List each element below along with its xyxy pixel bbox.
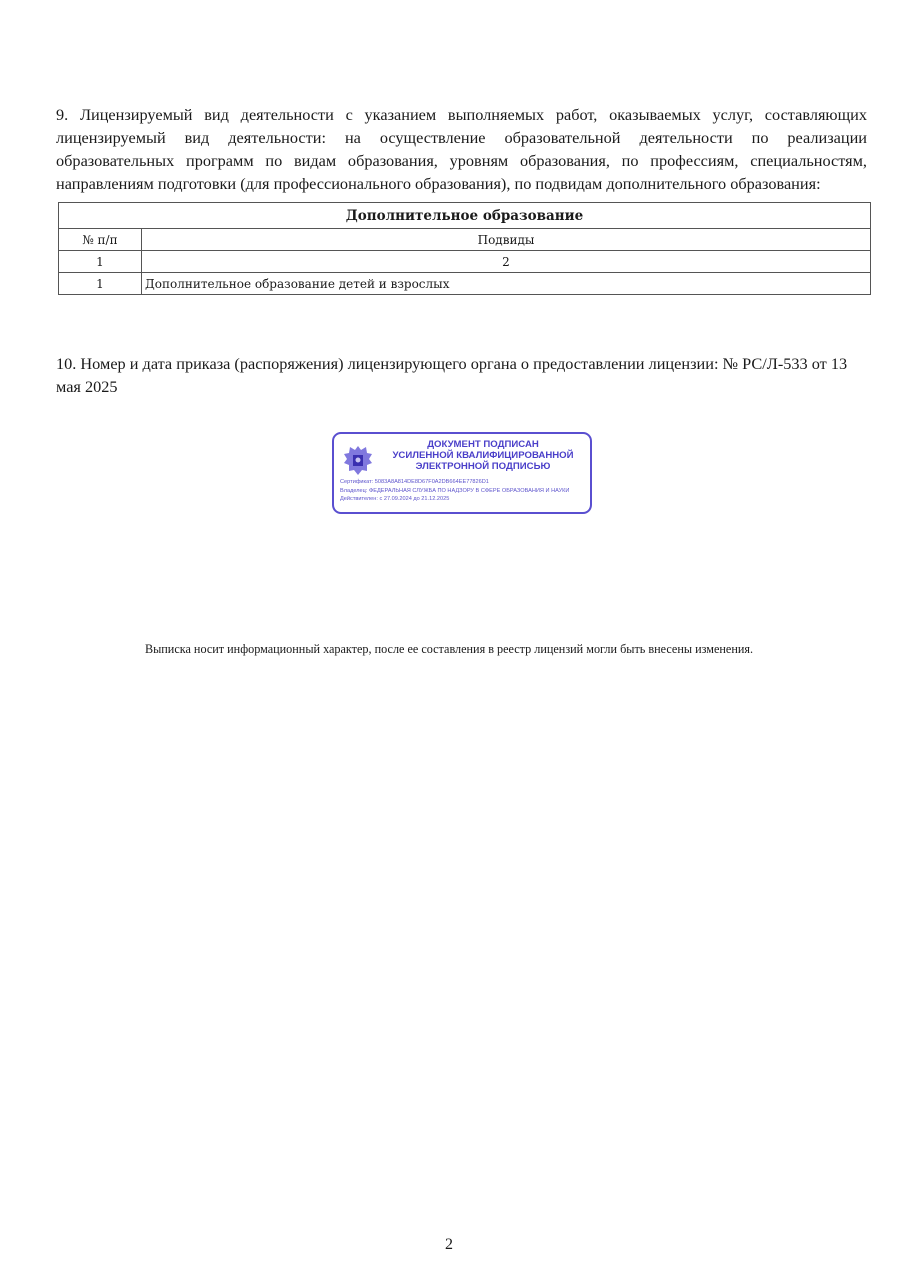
header-number: № п/п (59, 229, 142, 251)
stamp-validity: Действителен: с 27.09.2024 до 21.12.2025 (340, 495, 569, 504)
section-10-text: 10. Номер и дата приказа (распоряжения) … (56, 352, 867, 398)
electronic-signature-stamp: ДОКУМЕНТ ПОДПИСАН УСИЛЕННОЙ КВАЛИФИЦИРОВ… (332, 432, 592, 514)
row-number: 1 (59, 273, 142, 295)
section-9-text: 9. Лицензируемый вид деятельности с указ… (56, 103, 867, 195)
stamp-certificate: Сертификат: 5083A8A814DE8D67F0A2DB664EE7… (340, 478, 569, 487)
stamp-line-2: УСИЛЕННОЙ КВАЛИФИЦИРОВАННОЙ (378, 450, 588, 461)
footer-note: Выписка носит информационный характер, п… (0, 642, 898, 657)
stamp-line-1: ДОКУМЕНТ ПОДПИСАН (378, 439, 588, 450)
header-subtypes: Подвиды (142, 229, 871, 251)
stamp-heading: ДОКУМЕНТ ПОДПИСАН УСИЛЕННОЙ КВАЛИФИЦИРОВ… (378, 439, 588, 472)
stamp-owner: Владелец: ФЕДЕРАЛЬНАЯ СЛУЖБА ПО НАДЗОРУ … (340, 487, 569, 496)
stamp-line-3: ЭЛЕКТРОННОЙ ПОДПИСЬЮ (378, 461, 588, 472)
additional-education-table: Дополнительное образование № п/п Подвиды… (58, 202, 871, 295)
stamp-details: Сертификат: 5083A8A814DE8D67F0A2DB664EE7… (340, 478, 569, 504)
column-number-1: 1 (59, 251, 142, 273)
column-number-2: 2 (142, 251, 871, 273)
table-row: 1 Дополнительное образование детей и взр… (59, 273, 871, 295)
page-number: 2 (0, 1236, 898, 1254)
coat-of-arms-icon (341, 442, 375, 478)
table-title: Дополнительное образование (59, 203, 871, 229)
row-subtype: Дополнительное образование детей и взрос… (142, 273, 871, 295)
